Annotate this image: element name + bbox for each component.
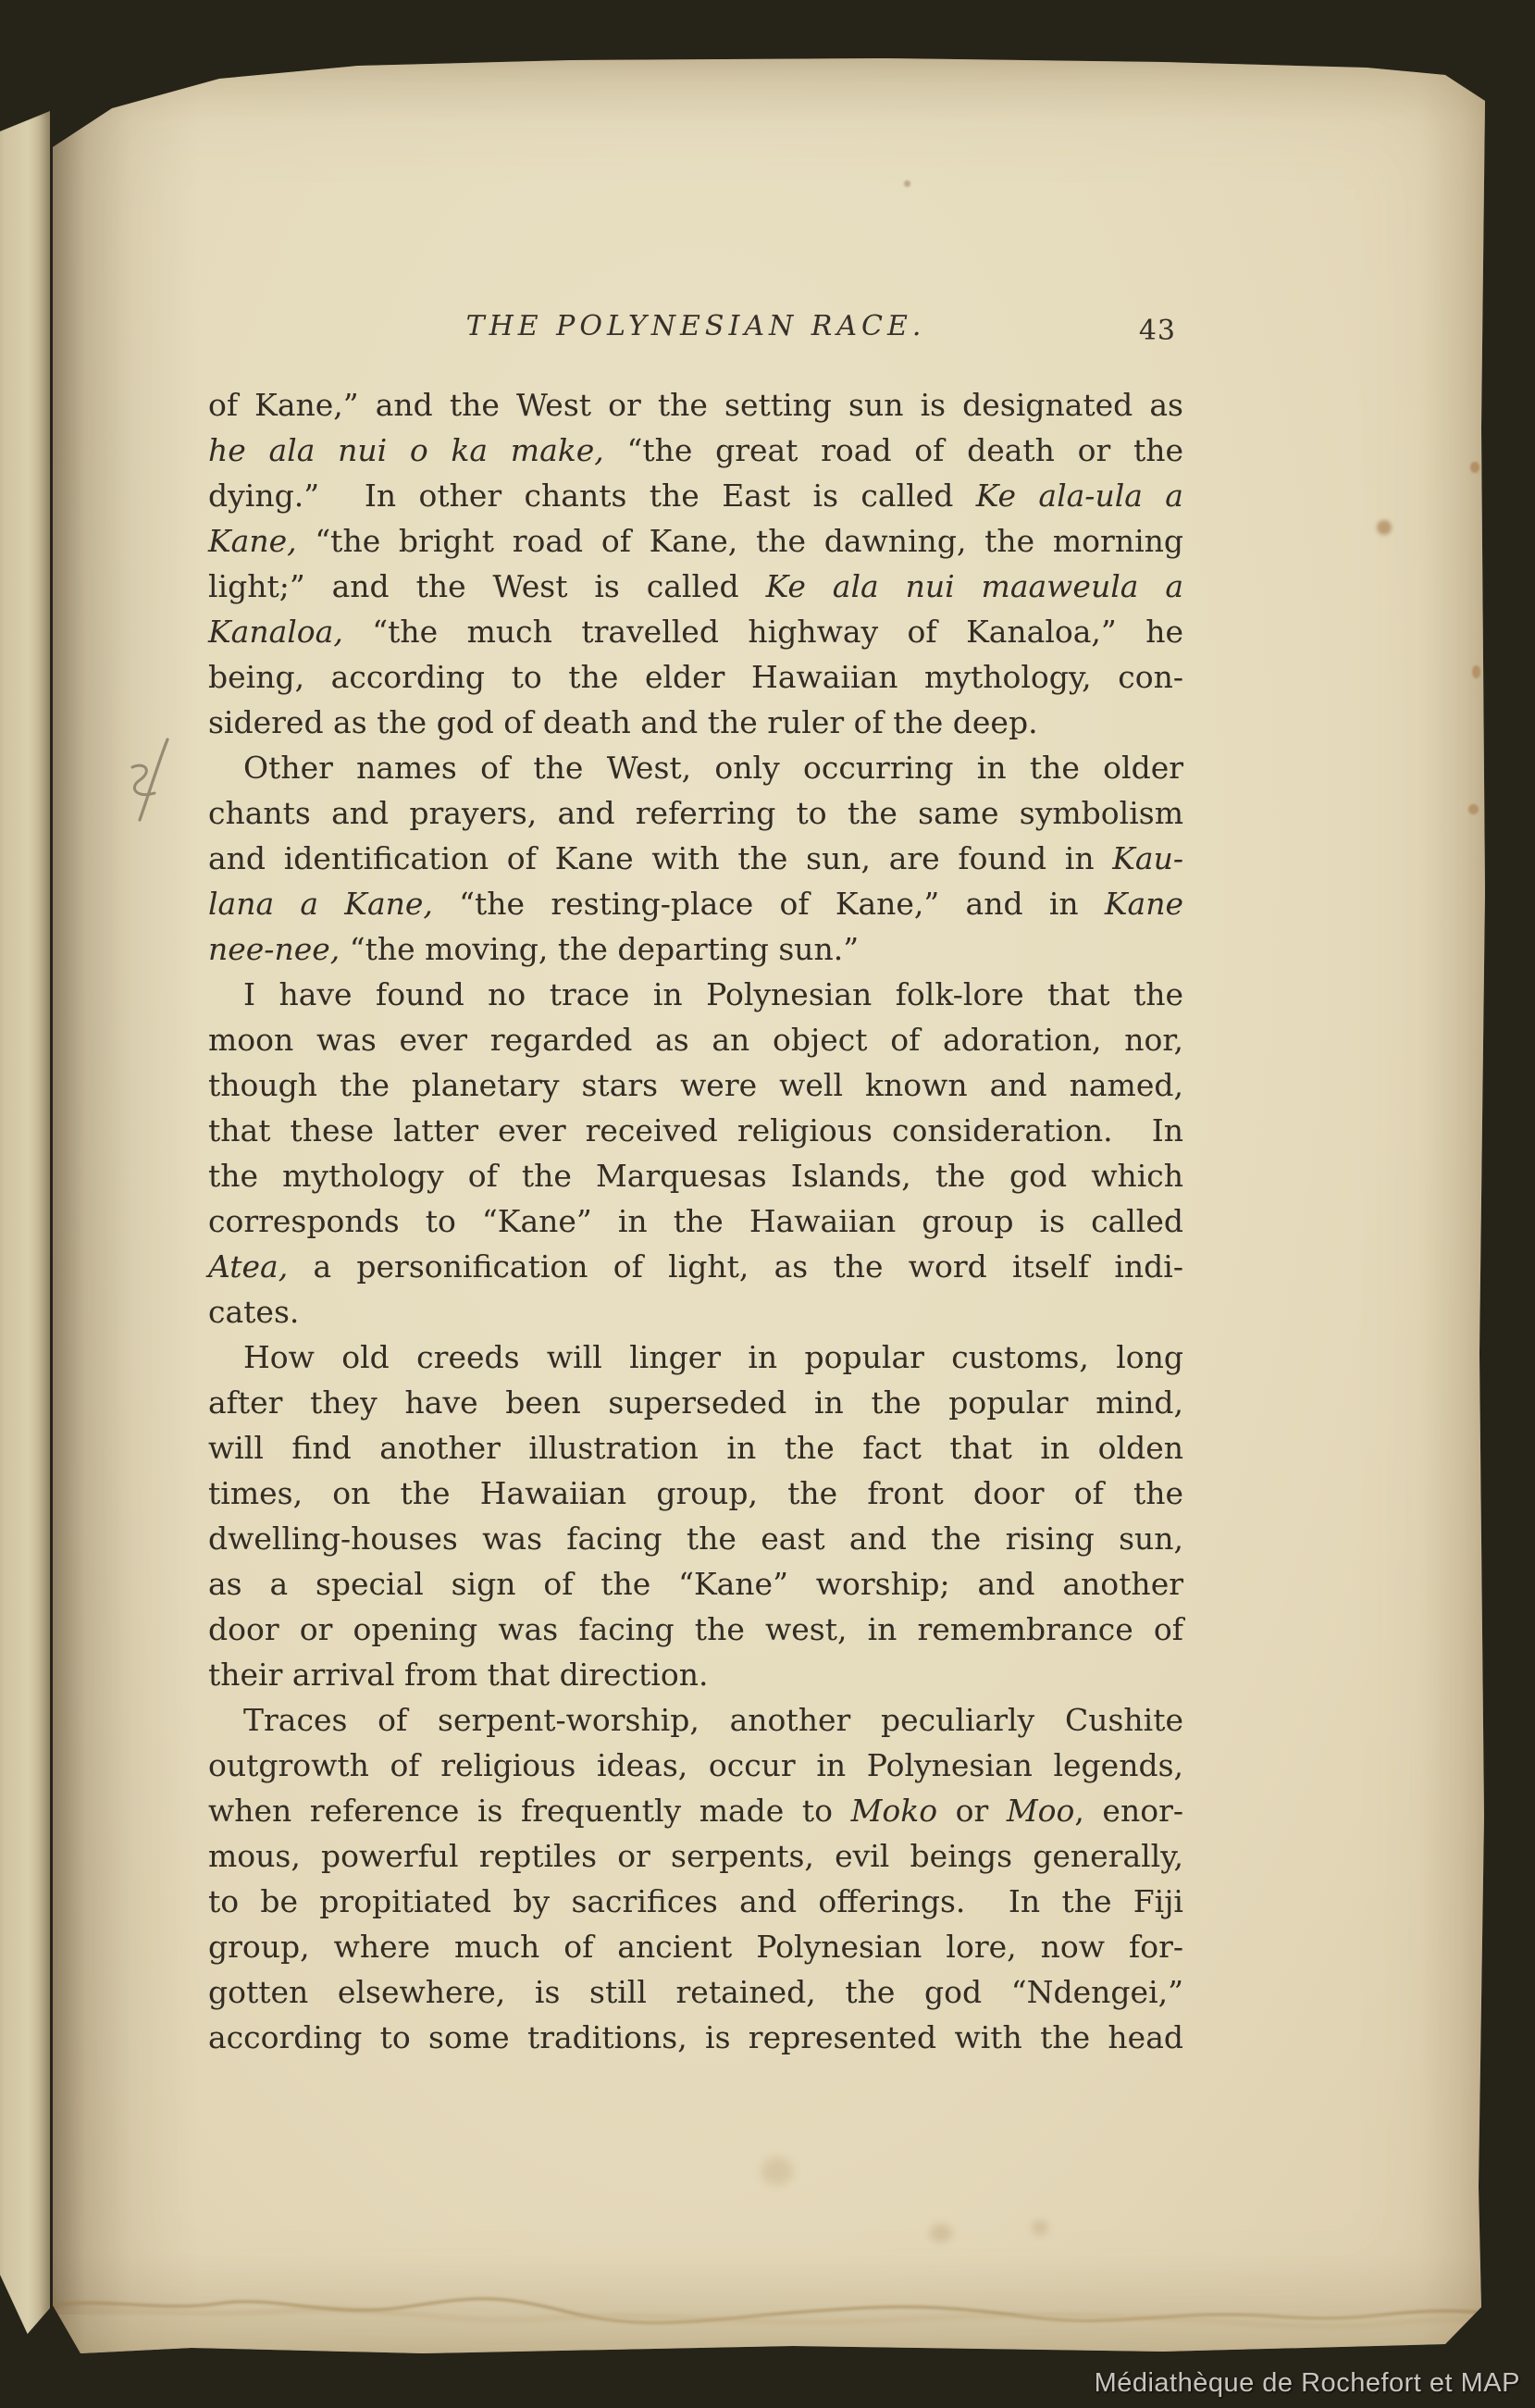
italic-phrase: nee-nee,	[208, 931, 340, 967]
page-header: THE POLYNESIAN RACE. 43	[208, 310, 1183, 354]
text-line: according to some traditions, is represe…	[208, 2015, 1183, 2060]
text-run: or	[937, 1793, 1007, 1829]
italic-phrase: Kanaloa,	[208, 614, 343, 650]
text-line: of Kane,” and the West or the setting su…	[208, 382, 1183, 428]
library-watermark: Médiathèque de Rochefort et MAP	[1095, 2368, 1520, 2399]
text-line: and identification of Kane with the sun,…	[208, 836, 1183, 881]
text-line: after they have been superseded in the p…	[208, 1380, 1183, 1425]
foxing-spot	[1468, 804, 1479, 814]
text-run: “the much travelled highway of Kanaloa,”…	[343, 614, 1183, 650]
text-run: when reference is frequently made to	[208, 1793, 851, 1829]
text-line: Kanaloa, “the much travelled highway of …	[208, 609, 1183, 654]
italic-phrase: lana a Kane,	[208, 886, 433, 922]
text-run: times, on the Hawaiian group, the front …	[208, 1475, 1183, 1511]
text-line: Kane, “the bright road of Kane, the dawn…	[208, 518, 1183, 564]
text-run: the mythology of the Marquesas Islands, …	[208, 1158, 1183, 1194]
text-run: “the bright road of Kane, the dawning, t…	[297, 523, 1183, 559]
text-run: Traces of serpent-worship, another pecul…	[243, 1702, 1183, 1738]
text-line: chants and prayers, and referring to the…	[208, 790, 1183, 836]
text-run: sidered as the god of death and the rule…	[208, 704, 1038, 740]
italic-phrase: Kau-	[1112, 840, 1183, 876]
text-run: light;” and the West is called	[208, 568, 766, 604]
text-run: Other names of the West, only occurring …	[243, 750, 1183, 786]
text-run: “the great road of death or the	[604, 432, 1183, 468]
text-line: moon was ever regarded as an object of a…	[208, 1017, 1183, 1062]
text-run: I have found no trace in Polynesian folk…	[243, 976, 1183, 1012]
foxing-spot	[1472, 665, 1480, 678]
book-scan: THE POLYNESIAN RACE. 43 of Kane,” and th…	[0, 0, 1535, 2408]
text-line: How old creeds will linger in popular cu…	[208, 1334, 1183, 1380]
italic-phrase: Ke ala-ula a	[976, 478, 1183, 514]
italic-phrase: Kane	[1105, 886, 1183, 922]
text-line: that these latter ever received religiou…	[208, 1108, 1183, 1153]
running-title: THE POLYNESIAN RACE.	[208, 310, 1183, 342]
text-line: Atea, a personification of light, as the…	[208, 1244, 1183, 1289]
text-run: after they have been superseded in the p…	[208, 1384, 1183, 1421]
text-line: lana a Kane, “the resting-place of Kane,…	[208, 881, 1183, 926]
text-run: their arrival from that direction.	[208, 1657, 708, 1693]
page-number: 43	[1139, 315, 1176, 347]
text-run: door or opening was facing the west, in …	[208, 1611, 1183, 1647]
text-run: outgrowth of religious ideas, occur in P…	[208, 1747, 1183, 1783]
text-run: to be propitiated by sacrifices and offe…	[208, 1883, 1183, 1919]
text-line: the mythology of the Marquesas Islands, …	[208, 1153, 1183, 1198]
text-line: dying.” In other chants the East is call…	[208, 473, 1183, 518]
text-run: that these latter ever received religiou…	[208, 1112, 1183, 1148]
text-run: will find another illustration in the fa…	[208, 1430, 1183, 1466]
text-run: moon was ever regarded as an object of a…	[208, 1022, 1183, 1058]
text-line: though the planetary stars were well kno…	[208, 1062, 1183, 1108]
foxing-spot	[930, 2224, 952, 2242]
text-line: door or opening was facing the west, in …	[208, 1607, 1183, 1652]
text-line: group, where much of ancient Polynesian …	[208, 1924, 1183, 1969]
foxing-spot	[761, 2157, 793, 2185]
text-line: when reference is frequently made to Mok…	[208, 1788, 1183, 1833]
text-line: as a special sign of the “Kane” worship;…	[208, 1561, 1183, 1607]
text-run: group, where much of ancient Polynesian …	[208, 1929, 1183, 1965]
text-run: of Kane,” and the West or the setting su…	[208, 387, 1183, 423]
foxing-spot	[1032, 2220, 1048, 2235]
text-line: being, according to the elder Hawaiian m…	[208, 654, 1183, 700]
text-line: I have found no trace in Polynesian folk…	[208, 972, 1183, 1017]
body-text: of Kane,” and the West or the setting su…	[208, 382, 1183, 2060]
pencil-x-mark	[118, 734, 182, 826]
text-line: gotten elsewhere, is still retained, the…	[208, 1969, 1183, 2015]
text-run: “the resting-place of Kane,” and in	[433, 886, 1105, 922]
text-run: and identification of Kane with the sun,…	[208, 840, 1112, 876]
book-page: THE POLYNESIAN RACE. 43 of Kane,” and th…	[53, 58, 1485, 2355]
text-run: “the moving, the departing sun.”	[340, 931, 859, 967]
text-line: Other names of the West, only occurring …	[208, 745, 1183, 790]
text-line: Traces of serpent-worship, another pecul…	[208, 1697, 1183, 1743]
text-run: How old creeds will linger in popular cu…	[243, 1339, 1183, 1375]
text-run: chants and prayers, and referring to the…	[208, 795, 1183, 831]
italic-phrase: Atea,	[208, 1248, 288, 1285]
text-run: gotten elsewhere, is still retained, the…	[208, 1974, 1183, 2010]
adjacent-page-edge	[0, 111, 50, 2340]
text-line: times, on the Hawaiian group, the front …	[208, 1471, 1183, 1516]
italic-phrase: Kane,	[208, 523, 297, 559]
text-run: dying.” In other chants the East is call…	[208, 478, 976, 514]
foxing-spot	[904, 180, 910, 187]
text-run: , enor-	[1074, 1793, 1183, 1829]
text-line: to be propitiated by sacrifices and offe…	[208, 1879, 1183, 1924]
text-run: corresponds to “Kane” in the Hawaiian gr…	[208, 1203, 1183, 1239]
foxing-spot	[1377, 520, 1392, 535]
text-line: will find another illustration in the fa…	[208, 1425, 1183, 1471]
italic-phrase: he ala nui o ka make,	[208, 432, 604, 468]
text-run: mous, powerful reptiles or serpents, evi…	[208, 1838, 1183, 1874]
text-run: dwelling-houses was facing the east and …	[208, 1521, 1183, 1557]
text-run: though the planetary stars were well kno…	[208, 1067, 1183, 1103]
text-run: being, according to the elder Hawaiian m…	[208, 659, 1183, 695]
text-run: a personification of light, as the word …	[288, 1248, 1183, 1285]
foxing-spot	[1470, 462, 1479, 473]
text-line: nee-nee, “the moving, the departing sun.…	[208, 926, 1183, 972]
text-line: sidered as the god of death and the rule…	[208, 700, 1183, 745]
text-line: cates.	[208, 1289, 1183, 1334]
italic-phrase: Moo	[1007, 1793, 1075, 1829]
text-run: cates.	[208, 1294, 299, 1330]
text-line: outgrowth of religious ideas, occur in P…	[208, 1743, 1183, 1788]
text-line: he ala nui o ka make, “the great road of…	[208, 428, 1183, 473]
text-run: as a special sign of the “Kane” worship;…	[208, 1566, 1183, 1602]
italic-phrase: Moko	[851, 1793, 938, 1829]
italic-phrase: Ke ala nui maaweula a	[766, 568, 1183, 604]
text-line: mous, powerful reptiles or serpents, evi…	[208, 1833, 1183, 1879]
text-line: dwelling-houses was facing the east and …	[208, 1516, 1183, 1561]
text-line: light;” and the West is called Ke ala nu…	[208, 564, 1183, 609]
text-line: their arrival from that direction.	[208, 1652, 1183, 1697]
text-line: corresponds to “Kane” in the Hawaiian gr…	[208, 1198, 1183, 1244]
text-run: according to some traditions, is represe…	[208, 2019, 1183, 2055]
